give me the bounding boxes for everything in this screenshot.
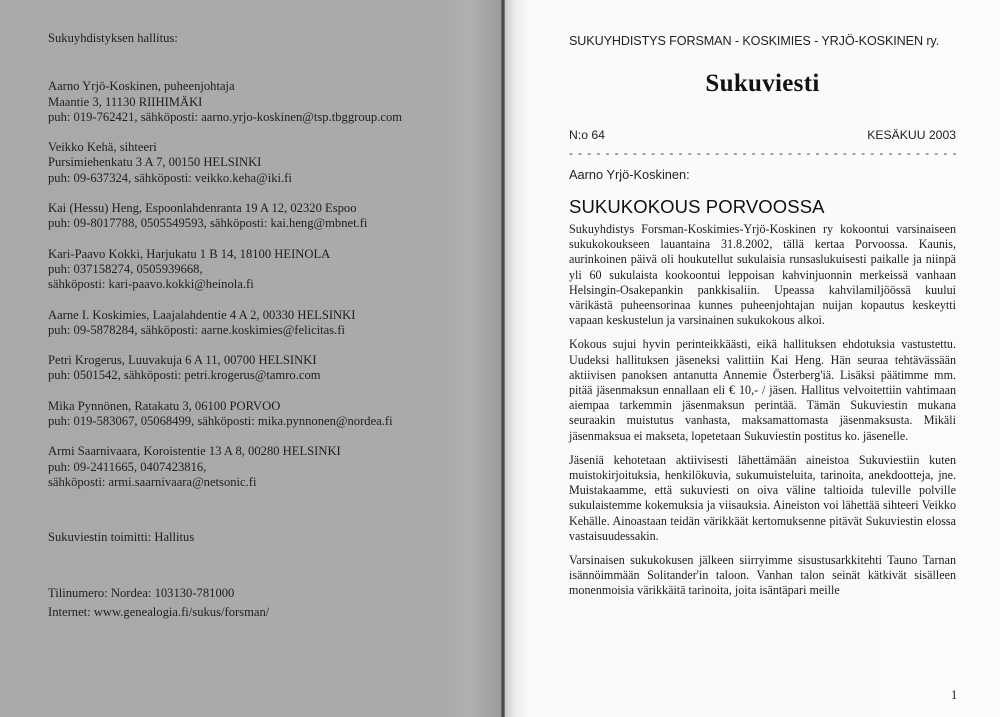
page-number: 1 (951, 688, 957, 703)
newsletter-front-page: SUKUYHDISTYS FORSMAN - KOSKIMIES - YRJÖ-… (569, 34, 956, 599)
article-paragraph: Varsinaisen sukukokusen jälkeen siirryim… (569, 553, 956, 599)
contact-entry: Aarne I. Koskimies, Laajalahdentie 4 A 2… (48, 308, 488, 339)
contact-entry: Aarno Yrjö-Koskinen, puheenjohtajaMaanti… (48, 79, 488, 125)
article-paragraph: Jäseniä kehotetaan aktiivisesti lähettäm… (569, 453, 956, 544)
contact-entry: Mika Pynnönen, Ratakatu 3, 06100 PORVOOp… (48, 399, 488, 430)
contact-name: Aarne I. Koskimies, Laajalahdentie 4 A 2… (48, 308, 488, 323)
contact-detail: sähköposti: armi.saarnivaara@netsonic.fi (48, 475, 488, 490)
website-address: Internet: www.genealogia.fi/sukus/forsma… (48, 605, 488, 620)
article-title: SUKUKOKOUS PORVOOSSA (569, 196, 956, 218)
contact-detail: puh: 09-637324, sähköposti: veikko.keha@… (48, 171, 488, 186)
contact-name: Mika Pynnönen, Ratakatu 3, 06100 PORVOO (48, 399, 488, 414)
contact-entry: Kari-Paavo Kokki, Harjukatu 1 B 14, 1810… (48, 247, 488, 293)
contact-list: Aarno Yrjö-Koskinen, puheenjohtajaMaanti… (48, 79, 488, 490)
contact-detail: puh: 037158274, 0505939668, (48, 262, 488, 277)
issue-info: N:o 64 KESÄKUU 2003 (569, 128, 956, 142)
article-body: Sukuyhdistys Forsman-Koskimies-Yrjö-Kosk… (569, 222, 956, 599)
contact-detail: puh: 09-5878284, sähköposti: aarne.koski… (48, 323, 488, 338)
bank-account: Tilinumero: Nordea: 103130-781000 (48, 586, 488, 601)
contact-entry: Petri Krogerus, Luuvakuja 6 A 11, 00700 … (48, 353, 488, 384)
contact-detail: puh: 019-762421, sähköposti: aarno.yrjo-… (48, 110, 488, 125)
organization-name: SUKUYHDISTYS FORSMAN - KOSKIMIES - YRJÖ-… (569, 34, 956, 48)
contact-name: Veikko Kehä, sihteeri (48, 140, 488, 155)
contact-detail: puh: 09-2411665, 0407423816, (48, 460, 488, 475)
board-contacts: Sukuyhdistyksen hallitus: Aarno Yrjö-Kos… (48, 31, 488, 620)
board-heading: Sukuyhdistyksen hallitus: (48, 31, 488, 46)
contact-detail: Pursimiehenkatu 3 A 7, 00150 HELSINKI (48, 155, 488, 170)
contact-detail: puh: 09-8017788, 0505549593, sähköposti:… (48, 216, 488, 231)
dashed-divider: - - - - - - - - - - - - - - - - - - - - … (569, 146, 956, 160)
article-paragraph: Kokous sujui hyvin perinteikkäästi, eikä… (569, 337, 956, 443)
issue-date: KESÄKUU 2003 (867, 128, 956, 142)
contact-entry: Kai (Hessu) Heng, Espoonlahdenranta 19 A… (48, 201, 488, 232)
contact-name: Petri Krogerus, Luuvakuja 6 A 11, 00700 … (48, 353, 488, 368)
masthead-title: Sukuviesti (569, 70, 956, 98)
editor-credit: Sukuviestin toimitti: Hallitus (48, 530, 488, 545)
contact-detail: Maantie 3, 11130 RIIHIMÄKI (48, 95, 488, 110)
contact-name: Aarno Yrjö-Koskinen, puheenjohtaja (48, 79, 488, 94)
contact-name: Armi Saarnivaara, Koroistentie 13 A 8, 0… (48, 444, 488, 459)
contact-name: Kai (Hessu) Heng, Espoonlahdenranta 19 A… (48, 201, 488, 216)
contact-name: Kari-Paavo Kokki, Harjukatu 1 B 14, 1810… (48, 247, 488, 262)
contact-detail: puh: 0501542, sähköposti: petri.krogerus… (48, 368, 488, 383)
contact-detail: puh: 019-583067, 05068499, sähköposti: m… (48, 414, 488, 429)
article-paragraph: Sukuyhdistys Forsman-Koskimies-Yrjö-Kosk… (569, 222, 956, 328)
contact-entry: Armi Saarnivaara, Koroistentie 13 A 8, 0… (48, 444, 488, 490)
issue-number: N:o 64 (569, 128, 605, 142)
contact-entry: Veikko Kehä, sihteeriPursimiehenkatu 3 A… (48, 140, 488, 186)
article-author: Aarno Yrjö-Koskinen: (569, 167, 956, 182)
contact-detail: sähköposti: kari-paavo.kokki@heinola.fi (48, 277, 488, 292)
